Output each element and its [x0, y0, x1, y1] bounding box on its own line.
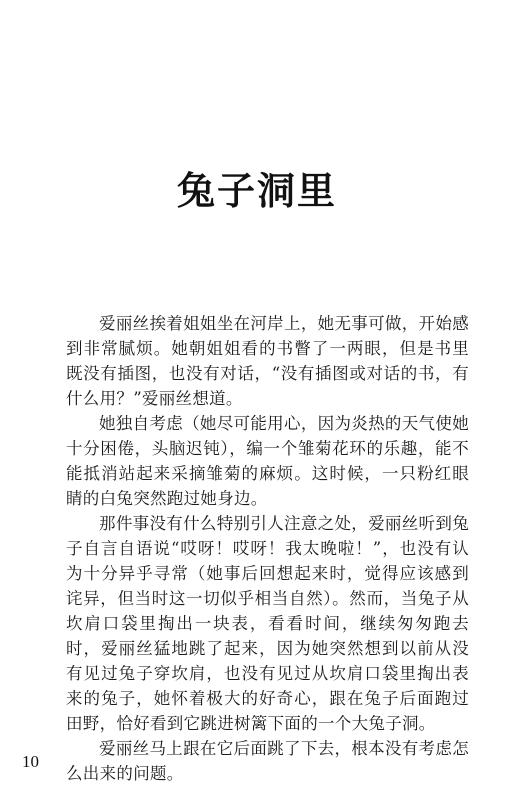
paragraph: 爱丽丝马上跟在它后面跳了下去，根本没有考虑怎么出来的问题。: [66, 736, 469, 786]
paragraph: 那件事没有什么特别引人注意之处，爱丽丝听到兔子自言自语说“哎呀！哎呀！我太晚啦！…: [66, 511, 469, 736]
chapter-title: 兔子洞里: [0, 160, 514, 215]
paragraph: 爱丽丝挨着姐姐坐在河岸上，她无事可做，开始感到非常腻烦。她朝姐姐看的书瞥了一两眼…: [66, 311, 469, 411]
chapter-body: 爱丽丝挨着姐姐坐在河岸上，她无事可做，开始感到非常腻烦。她朝姐姐看的书瞥了一两眼…: [66, 311, 469, 786]
paragraph: 她独自考虑（她尽可能用心，因为炎热的天气使她十分困倦，头脑迟钝），编一个雏菊花环…: [66, 411, 469, 511]
page-number: 10: [22, 752, 39, 772]
